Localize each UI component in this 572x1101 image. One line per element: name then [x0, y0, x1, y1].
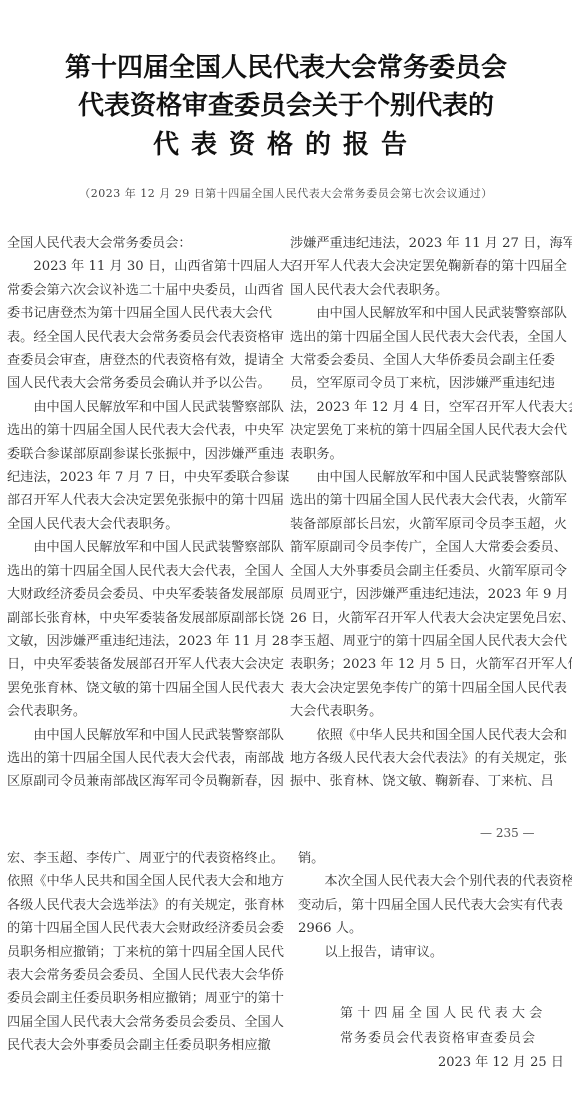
- adoption-note: （2023 年 12 月 29 日第十四届全国人民代表大会常务委员会第七次会议通…: [0, 185, 572, 201]
- text-line: 选出的第十四届全国人民代表大会代表，中央军: [7, 419, 272, 442]
- text-line: 表大会常务委员会委员、全国人民代表大会华侨: [7, 964, 272, 987]
- text-column-right-top: 涉嫌严重违纪违法，2023 年 11 月 27 日，海军召开军人代表大会决定罢免…: [290, 232, 555, 794]
- text-line: 由中国人民解放军和中国人民武装警察部队: [290, 466, 555, 489]
- text-line: 区原副司令员兼南部战区海军司令员鞠新春，因: [7, 770, 272, 793]
- text-line: 选出的第十四届全国人民代表大会代表，南部战: [7, 747, 272, 770]
- text-line: 员，空军原司令员丁来杭，因涉嫌严重违纪违: [290, 372, 555, 395]
- text-line: 销。: [298, 847, 563, 870]
- text-line: 委员会副主任委员职务相应撤销；周亚宁的第十: [7, 987, 272, 1010]
- text-line: 选出的第十四届全国人民代表大会代表，全国人: [7, 560, 272, 583]
- text-line: 常委会第六次会议补选二十届中央委员，山西省: [7, 279, 272, 302]
- text-line: 大常委会委员、全国人大华侨委员会副主任委: [290, 349, 555, 372]
- text-line: 振中、张育林、饶文敏、鞠新春、丁来杭、吕: [290, 770, 555, 793]
- text-line: 2023 年 11 月 30 日，山西省第十四届人大: [7, 255, 272, 278]
- text-column-left-top: 全国人民代表大会常务委员会： 2023 年 11 月 30 日，山西省第十四届人…: [7, 232, 272, 794]
- text-line: 四届全国人民代表大会常务委员会委员、全国人: [7, 1011, 272, 1034]
- signature-org-line-2: 常务委员会代表资格审查委员会: [340, 1027, 536, 1046]
- text-line: 员职务相应撤销；丁来杭的第十四届全国人民代: [7, 941, 272, 964]
- text-column-right-bottom: 销。 本次全国人民代表大会个别代表的代表资格变动后，第十四届全国人民代表大会实有…: [298, 847, 563, 964]
- text-line: 表。经全国人民代表大会常务委员会代表资格审: [7, 326, 272, 349]
- text-line: 由中国人民解放军和中国人民武装警察部队: [7, 396, 272, 419]
- text-line: 民代表大会外事委员会副主任委员职务相应撤: [7, 1034, 272, 1057]
- text-line: 本次全国人民代表大会个别代表的代表资格: [298, 870, 563, 893]
- report-title-line-3: 代表资格的报告: [0, 130, 572, 160]
- text-line: 副部长张育林，中央军委装备发展部原副部长饶: [7, 607, 272, 630]
- text-line: 大会代表职务。: [290, 700, 555, 723]
- text-line: 选出的第十四届全国人民代表大会代表，火箭军: [290, 489, 555, 512]
- signature-org-line-1: 第十四届全国人民代表大会: [340, 1002, 546, 1021]
- text-line: 宏、李玉超、李传广、周亚宁的代表资格终止。: [7, 847, 272, 870]
- text-line: 26 日，火箭军召开军人代表大会决定罢免吕宏、: [290, 607, 555, 630]
- text-line: 国人民代表大会常务委员会确认并予以公告。: [7, 372, 272, 395]
- text-line: 会代表职务。: [7, 700, 272, 723]
- text-line: 员周亚宁，因涉嫌严重违纪违法，2023 年 9 月: [290, 583, 555, 606]
- page-number: — 235 —: [480, 826, 535, 840]
- text-line: 全国人民代表大会常务委员会：: [7, 232, 272, 255]
- signature-date: 2023 年 12 月 25 日: [438, 1051, 564, 1070]
- text-line: 查委员会审查，唐登杰的代表资格有效，提请全: [7, 349, 272, 372]
- text-line: 变动后，第十四届全国人民代表大会实有代表: [298, 894, 563, 917]
- text-line: 法，2023 年 12 月 4 日，空军召开军人代表大会: [290, 396, 555, 419]
- text-line: 地方各级人民代表大会代表法》的有关规定，张: [290, 747, 555, 770]
- text-line: 文敏，因涉嫌严重违纪违法，2023 年 11 月 28: [7, 630, 272, 653]
- text-line: 2966 人。: [298, 917, 563, 940]
- text-line: 装备部原部长吕宏，火箭军原司令员李玉超，火: [290, 513, 555, 536]
- text-line: 全国人民代表大会代表职务。: [7, 513, 272, 536]
- text-column-left-bottom: 宏、李玉超、李传广、周亚宁的代表资格终止。依照《中华人民共和国全国人民代表大会和…: [7, 847, 272, 1058]
- text-line: 日，中央军委装备发展部召开军人代表大会决定: [7, 653, 272, 676]
- text-line: 选出的第十四届全国人民代表大会代表，全国人: [290, 326, 555, 349]
- text-line: 由中国人民解放军和中国人民武装警察部队: [7, 724, 272, 747]
- text-line: 召开军人代表大会决定罢免鞠新春的第十四届全: [290, 255, 555, 278]
- text-line: 以上报告，请审议。: [298, 941, 563, 964]
- text-line: 大财政经济委员会委员、中央军委装备发展部原: [7, 583, 272, 606]
- text-line: 依照《中华人民共和国全国人民代表大会和: [290, 724, 555, 747]
- text-line: 由中国人民解放军和中国人民武装警察部队: [290, 302, 555, 325]
- text-line: 箭军原副司令员李传广，全国人大常委会委员、: [290, 536, 555, 559]
- text-line: 表大会决定罢免李传广的第十四届全国人民代表: [290, 677, 555, 700]
- text-line: 的第十四届全国人民代表大会财政经济委员会委: [7, 917, 272, 940]
- text-line: 由中国人民解放军和中国人民武装警察部队: [7, 536, 272, 559]
- text-line: 罢免张育林、饶文敏的第十四届全国人民代表大: [7, 677, 272, 700]
- text-line: 表职务；2023 年 12 月 5 日，火箭军召开军人代: [290, 653, 555, 676]
- text-line: 国人民代表大会代表职务。: [290, 279, 555, 302]
- text-line: 委书记唐登杰为第十四届全国人民代表大会代: [7, 302, 272, 325]
- text-line: 决定罢免丁来杭的第十四届全国人民代表大会代: [290, 419, 555, 442]
- text-line: 依照《中华人民共和国全国人民代表大会和地方: [7, 870, 272, 893]
- text-line: 纪违法，2023 年 7 月 7 日，中央军委联合参谋: [7, 466, 272, 489]
- text-line: 部召开军人代表大会决定罢免张振中的第十四届: [7, 489, 272, 512]
- text-line: 各级人民代表大会选举法》的有关规定，张育林: [7, 894, 272, 917]
- text-line: 表职务。: [290, 443, 555, 466]
- text-line: 全国人大外事委员会副主任委员、火箭军原司令: [290, 560, 555, 583]
- text-line: 涉嫌严重违纪违法，2023 年 11 月 27 日，海军: [290, 232, 555, 255]
- text-line: 李玉超、周亚宁的第十四届全国人民代表大会代: [290, 630, 555, 653]
- text-line: 委联合参谋部原副参谋长张振中，因涉嫌严重违: [7, 443, 272, 466]
- report-title-line-1: 第十四届全国人民代表大会常务委员会: [0, 53, 572, 83]
- report-title-line-2: 代表资格审查委员会关于个别代表的: [0, 91, 572, 121]
